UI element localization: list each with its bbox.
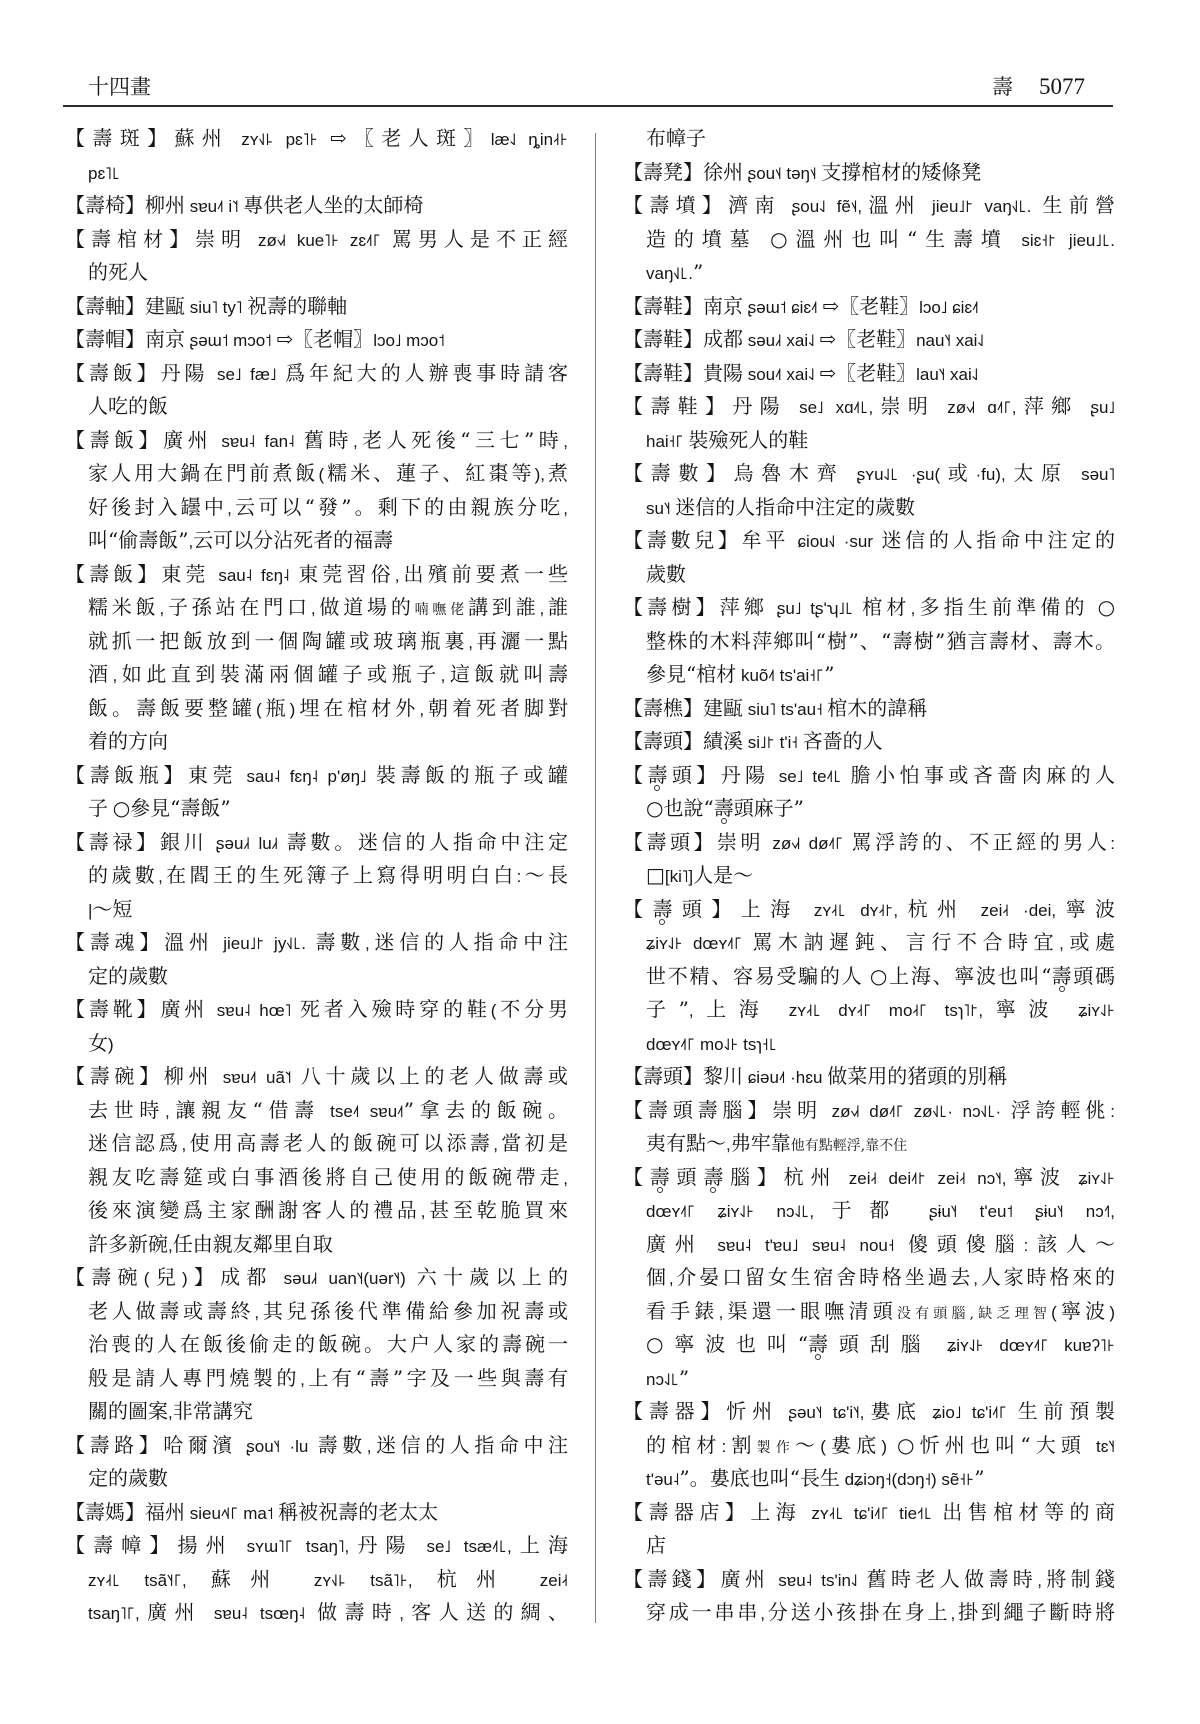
ipa-transcription: ʂu˩ tʂ'ʮ˩꜖ xyxy=(768,599,862,618)
cjk-text: 舊時老人做壽時 xyxy=(867,1567,1038,1591)
entry-line: 【壽碗(兒)】成都 səu˩˧ uan˥˧(uər˥˧) 六十歲以上的 xyxy=(65,1261,568,1295)
cjk-text: 爲年紀大的人辦喪事時請客 xyxy=(285,361,568,385)
cjk-text: 不分男 xyxy=(496,997,568,1021)
cjk-text: 【壽器店】上海 xyxy=(623,1500,801,1524)
ipa-transcription: ʑiʏ˨˩꜔ xyxy=(1067,1169,1115,1188)
entry-line: 【壽椅】柳州 sɐu˨˦ i˥˦ 專供老人坐的太師椅 xyxy=(65,189,568,223)
entry-line: 就抓一把飯放到一個陶罐或玻璃瓶裏,再灑一點 xyxy=(65,625,568,659)
entry-line: 【壽飯】丹陽 se˩ fæ˩ 爲年紀大的人辦喪事時請客 xyxy=(65,357,568,391)
entry-line: 穿成一串串,分送小孩掛在身上,掛到繩子斷時將 xyxy=(623,1596,1115,1630)
cjk-text: 布幛子 xyxy=(646,126,706,150)
entry-line: hai˧꜒ 裝殮死人的鞋 xyxy=(623,424,1115,458)
cjk-text: ⇨〖老人斑〗 xyxy=(330,126,491,150)
entry-line: t'əu˨”。婁底也叫“長生 dʑiɔŋ˧(dɔŋ˧) sẽ˧꜔” xyxy=(623,1462,1115,1496)
ipa-transcription: lɔo˩ ɕiɛ˨˦ xyxy=(919,298,979,317)
entry-line: 迷信認爲,使用高壽老人的飯碗可以添壽,當初是 xyxy=(65,1127,568,1161)
cjk-text: 瓶 xyxy=(262,696,290,720)
entry-line: 【壽頭】上海 zʏ˨˧꜖ dʏ˨˧꜓,杭州 zei˨˧ ·dei,寧波 xyxy=(623,893,1115,927)
cjk-text: 再灑一點 xyxy=(473,629,568,653)
entry-line: 的死人 xyxy=(65,256,568,290)
cjk-text: ”拿去的飯碗。 xyxy=(404,1098,568,1122)
entry-line: 定的歲數 xyxy=(65,1462,568,1496)
cjk-text: 裝殮死人的鞋 xyxy=(688,428,808,452)
ipa-transcription: jieu˩꜓ jy˧˩꜖. xyxy=(214,934,316,953)
ipa-transcription: ʑiʏ˨˩꜔ dœʏ˨˦꜒ kuɐʔ˥꜔ xyxy=(931,1336,1115,1355)
entry-line: 【壽禄】銀川 ʂəu˩˧ lu˩˧ 壽數。迷信的人指命中注定 xyxy=(65,826,568,860)
cjk-text: 治喪的人在飯後偷走的飯碗。大户人家的壽碗一 xyxy=(88,1332,568,1356)
cjk-text: 上海 xyxy=(512,1533,568,1557)
cjk-text: 讓親友“借壽 xyxy=(170,1098,320,1122)
cjk-text: 就抓一把飯放到一個陶罐或玻璃瓶裏 xyxy=(88,629,468,653)
entry-line: 【壽器】忻州 ʂəu˥˧ tɕ'i˥˧,婁底 ʑio˩ tɕ'i˨˦꜒ 生前預製 xyxy=(623,1395,1115,1429)
cjk-text: 廣州 xyxy=(140,1600,202,1624)
ipa-transcription: lau˥˧ xai˨˩ xyxy=(916,365,978,384)
cjk-text: 【壽頭壽腦】崇明 xyxy=(623,1098,822,1122)
cjk-text: 做菜用的猪頭的別稱 xyxy=(827,1064,1007,1088)
cjk-text: 子 xyxy=(88,796,108,820)
entry-line: 【壽凳】徐州 ʂou˦˨ təŋ˦˨ 支撐棺材的矮條凳 xyxy=(623,156,1115,190)
entry-line: 女) xyxy=(65,1027,568,1061)
cjk-text: 頭】丹陽 xyxy=(667,763,769,787)
cjk-text: 飯。壽飯要整罐 xyxy=(88,696,256,720)
cjk-text: 裝壽飯的瓶子或罐 xyxy=(376,763,568,787)
cjk-text: 于都 xyxy=(814,1198,907,1222)
cjk-text: 罵浮誇的、不正經的男人 xyxy=(852,830,1111,854)
cjk-text: 【壽凳】徐州 xyxy=(623,160,743,184)
ipa-transcription: ʂou˨˩ fẽ˦˨, xyxy=(781,197,862,216)
cjk-text: 膽小怕事或吝嗇肉麻的人 xyxy=(851,763,1115,787)
cjk-text: ” xyxy=(679,1366,689,1390)
cjk-text: 當初是 xyxy=(498,1131,568,1155)
cjk-text: 舊時 xyxy=(304,428,353,452)
ipa-transcription: si˩꜓ t'i˧ xyxy=(743,733,803,752)
ipa-transcription: siu˥ ts'au˧ xyxy=(743,700,827,719)
cjk-text: 浮誇輕佻 xyxy=(1011,1098,1111,1122)
cjk-text: ” xyxy=(693,260,703,284)
ipa-transcription: ), xyxy=(535,465,545,484)
ipa-transcription: dœʏ˨˦꜒ ʑiʏ˨˩꜔ nɔ˨˩꜖, xyxy=(646,1202,814,1221)
right-column: 布幛子【壽凳】徐州 ʂou˦˨ təŋ˦˨ 支撐棺材的矮條凳【壽墳】濟南 ʂou… xyxy=(623,122,1115,1630)
entry-line: 【壽頭】丹陽 se˩ te˨˦꜖ 膽小怕事或吝嗇肉麻的人 xyxy=(623,759,1115,793)
entry-line: 【壽頭壽腦】崇明 zø˧˩˧ dø˨˦꜒ zø˧˩꜖· nɔ˧˩꜖· 浮誇輕佻: xyxy=(623,1094,1115,1128)
entry-line: 【壽頭】績溪 si˩꜓ t'i˧ 吝嗇的人 xyxy=(623,725,1115,759)
ipa-transcription: ʂu˩ xyxy=(1079,398,1116,417)
ipa-transcription: sɐu˨ fan˨ xyxy=(212,432,304,451)
entry-line: 個,介晏口留女生宿舍時格坐過去,人家時格來的 xyxy=(623,1261,1115,1295)
ipa-transcription: tsaŋ˥꜒, xyxy=(88,1604,140,1623)
ring-marked-char: 壽 xyxy=(650,1167,670,1187)
ipa-transcription: ʑiʏ˨˩꜔ xyxy=(1061,1001,1115,1020)
cjk-text: 個 xyxy=(646,1265,669,1289)
ipa-transcription xyxy=(1089,599,1098,618)
ipa-transcription: səu˩˧ xai˨˩ xyxy=(743,331,819,350)
ipa-transcription: zø˧˩˧ ɑ˨˦꜒, xyxy=(935,398,1016,417)
ipa-transcription: zei˨˧ dei˨˦꜓ zei˨˧ nɔ˥˧, xyxy=(837,1169,1006,1188)
ipa-transcription: se˩ te˨˦꜖ xyxy=(770,767,851,786)
ipa-transcription: jieu˩꜓ vaŋ˧˩꜖. xyxy=(921,197,1042,216)
entry-line: 店 xyxy=(623,1529,1115,1563)
cjk-text: 迷信認爲 xyxy=(88,1131,181,1155)
entry-line: 造的墳墓 ○溫州也叫“生壽墳 siɛ˧꜓ jieu˩꜖. xyxy=(623,223,1115,257)
cjk-text: 家人用大鍋在門前煮飯 xyxy=(88,461,318,485)
ipa-transcription: siɛ˧꜓ jieu˩꜖. xyxy=(1009,231,1115,250)
cjk-text: 兒 xyxy=(149,1265,182,1289)
cjk-text: 【壽媽】福州 xyxy=(65,1500,185,1524)
cjk-text: 誰 xyxy=(544,595,568,619)
ipa-transcription: t'əu˨ xyxy=(646,1470,679,1489)
entry-line: 【壽數兒】牟平 ɕiou˧˩ ·sur 迷信的人指命中注定的 xyxy=(623,524,1115,558)
cjk-text: 【壽軸】建甌 xyxy=(65,294,185,318)
cjk-text: 棺材 xyxy=(862,595,910,619)
cjk-text: 生前預製 xyxy=(1018,1399,1115,1423)
cjk-text: ⇨〖老鞋〗 xyxy=(819,361,916,385)
cjk-text: 罵男人是不正經 xyxy=(392,227,568,251)
entry-line: 般是請人專門燒製的,上有“壽”字及一些與壽有 xyxy=(65,1362,568,1396)
entry-line: 布幛子 xyxy=(623,122,1115,156)
cjk-text: 【 xyxy=(623,763,647,787)
ipa-transcription: dœʏ˨˦꜒ mo˨˩꜔ tsɿ˧꜖ xyxy=(646,1035,777,1054)
cjk-text: 【壽斑】蘇州 xyxy=(65,126,229,150)
ipa-transcription: sɐu˨˦ uã˥˦ xyxy=(213,1068,301,1087)
cjk-text: 割 xyxy=(726,1433,756,1457)
entry-line: 定的歲數 xyxy=(65,960,568,994)
cjk-text: 太原 xyxy=(1006,461,1069,485)
cjk-text: 傻頭傻腦 xyxy=(908,1232,1024,1256)
cjk-text: 關的圖案 xyxy=(88,1399,168,1423)
ipa-transcription: zei˨˧ ·dei, xyxy=(966,901,1056,920)
cjk-text: 的棺材 xyxy=(646,1433,722,1457)
entry-line: 【壽頭】崇明 zø˧˩˧ dø˨˦꜒ 罵浮誇的、不正經的男人: xyxy=(623,826,1115,860)
entry-line: □[ki˥]人是～ xyxy=(623,859,1115,893)
cjk-text: ⇨〖老帽〗 xyxy=(276,327,373,351)
cjk-text: 【 xyxy=(623,897,652,921)
cjk-text: 使用高壽老人的飯碗可以添壽 xyxy=(186,1131,493,1155)
cjk-text: 子孫站在門口 xyxy=(164,595,311,619)
cjk-text: ” xyxy=(824,662,834,686)
cjk-text: 人吃的飯 xyxy=(88,394,168,418)
cjk-text: 世不精、容易受騙的人 xyxy=(646,964,863,988)
cjk-text: 】成都 xyxy=(188,1265,273,1289)
ipa-transcription: ʂou˦˨ təŋ˦˨ xyxy=(743,164,821,183)
cjk-text: 迷信的人指命中注 xyxy=(372,1433,569,1457)
cjk-text: 造的墳墓 xyxy=(646,227,758,251)
page-number: 5077 xyxy=(1039,74,1085,99)
entry-line: 糯米飯,子孫站在門口,做道場的喃嘸佬講到誰,誰 xyxy=(65,591,568,625)
cjk-text: 丹陽 xyxy=(349,1533,413,1557)
cjk-text: 渠還一眼嘸清頭 xyxy=(723,1299,897,1323)
entry-line: ʑiʏ˨˩꜔ dœʏ˨˦꜒ 罵木訥遲鈍、言行不合時宜,或處 xyxy=(623,926,1115,960)
entry-line: 【壽器店】上海 zʏ˨˧꜖ tɕ'i˨˦꜒ tie˧˦꜖ 出售棺材等的商 xyxy=(623,1496,1115,1530)
cjk-text: 寧波 xyxy=(1006,1165,1066,1189)
cjk-text: 【壽幛】揚州 xyxy=(65,1533,234,1557)
cjk-text: 糯米、蓮子、紅棗等 xyxy=(324,461,534,485)
ring-marked-char: 壽 xyxy=(647,765,667,785)
ring-marked-char: 壽 xyxy=(1052,966,1072,986)
ipa-transcription: ʂɨu˥˧ t'eu˦ ʂɨu˥˧ nɔ˧˥, xyxy=(907,1202,1115,1221)
ipa-transcription: : xyxy=(1110,1102,1115,1121)
cjk-text: 【壽鞋】丹陽 xyxy=(623,394,787,418)
entry-line: 【壽鞋】南京 ʂəɯ˦ ɕiɛ˨˦ ⇨〖老鞋〗lɔo˩ ɕiɛ˨˦ xyxy=(623,290,1115,324)
entry-line: 親友吃壽筵或白事酒後將自己使用的飯碗帶走, xyxy=(65,1161,568,1195)
entry-line: vaŋ˧˩꜖.” xyxy=(623,256,1115,290)
cjk-text: 或 xyxy=(940,461,975,485)
cjk-text: 該人～ xyxy=(1028,1232,1115,1256)
cjk-text: 【壽棺材】崇明 xyxy=(65,227,247,251)
ipa-transcription: [ki˥] xyxy=(665,867,693,886)
ipa-transcription: ʂəu˥˧ tɕ'i˥˧, xyxy=(778,1403,864,1422)
entry-line: 【壽數】烏魯木齊 ʂʏu˨˩꜖ ·ʂu(或·fu),太原 səu˥ xyxy=(623,457,1115,491)
ipa-transcription: sɐu˨˦ i˥˦ xyxy=(185,197,243,216)
cjk-text: 【壽墳】濟南 xyxy=(623,193,781,217)
cjk-text: 【壽數】烏魯木齊 xyxy=(623,461,844,485)
entry-line: 歲數 xyxy=(623,558,1115,592)
cjk-text: 酒 xyxy=(88,662,113,686)
cjk-text: 如此直到裝滿兩個罐子或瓶子 xyxy=(117,662,440,686)
entry-line: 世不精、容易受騙的人 ○上海、寧波也叫“壽頭碼 xyxy=(623,960,1115,994)
cjk-text: 頭 xyxy=(670,1165,704,1189)
cjk-text: ○參見“壽飯” xyxy=(113,796,231,820)
entry-line: 【壽頭壽腦】杭州 zei˨˧ dei˨˦꜓ zei˨˧ nɔ˥˧,寧波 ʑiʏ˨… xyxy=(623,1161,1115,1195)
cjk-text: 子” xyxy=(646,997,689,1021)
entry-line: 【壽鞋】丹陽 se˩ xɑ˨˦꜖,崇明 zø˧˩˧ ɑ˨˦꜒,萍鄉 ʂu˩ xyxy=(623,390,1115,424)
cjk-text: ”。婁底也叫“長生 xyxy=(679,1466,839,1490)
cjk-text: 【壽飯瓶】東莞 xyxy=(65,763,237,787)
ipa-transcription: ʂəɯ˦ ɕiɛ˨˦ xyxy=(743,298,822,317)
ipa-transcription: hai˧꜒ xyxy=(646,432,688,451)
cjk-text: 腦】杭州 xyxy=(723,1165,837,1189)
cjk-text: 客人送的綢、 xyxy=(404,1600,568,1624)
cjk-text: 【壽飯】廣州 xyxy=(65,428,212,452)
cjk-text: 蘇州 xyxy=(211,1567,290,1591)
ipa-transcription: ɕiəu˨˦ ·hɛu xyxy=(743,1068,827,1087)
cjk-text: 東莞習俗 xyxy=(298,562,394,586)
entry-line: 子”,上海 zʏ˨˧꜖ dʏ˨˧꜒ mo˨˧꜒ tsɿ˥꜓,寧波 ʑiʏ˨˩꜔ xyxy=(623,993,1115,1027)
cjk-text: 迷信的人指命中注 xyxy=(370,930,568,954)
cjk-text: 壽數 xyxy=(315,930,365,954)
ipa-transcription: zei˨˧ xyxy=(516,1571,568,1590)
cjk-text: 糯米飯 xyxy=(88,595,159,619)
column-divider xyxy=(595,133,596,1623)
left-column: 【壽斑】蘇州 zʏ˧˩꜕ pɛ˥꜔ ⇨〖老人斑〗læ˨˩ ȵin˨˧꜔pɛ˥꜖【… xyxy=(65,122,568,1630)
cjk-text: 寧波 xyxy=(1057,1299,1110,1323)
cjk-text: 寧波 xyxy=(1056,897,1115,921)
entry-line: 廣州 sɐu˨ t'ɐu˩ sɐu˨ nou˧ 傻頭傻腦:該人～ xyxy=(623,1228,1115,1262)
ipa-transcription: tse˨˦ sɐu˨˦ xyxy=(320,1102,404,1121)
cjk-text: 婁底 xyxy=(826,1433,882,1457)
ipa-transcription: ʑio˩ tɕ'i˨˦꜒ xyxy=(922,1403,1018,1422)
ipa-transcription: zʏ˧˩꜕ pɛ˥꜔ xyxy=(229,130,330,149)
small-gloss: 製作 xyxy=(757,1440,795,1456)
ipa-transcription: siu˥ ty˥ xyxy=(185,298,247,317)
ipa-transcription: zʏ˧˩꜕ tsã˥꜔, xyxy=(290,1571,437,1590)
entry-line: dœʏ˨˦꜒ ʑiʏ˨˩꜔ nɔ˨˩꜖,于都 ʂɨu˥˧ t'eu˦ ʂɨu˥˧… xyxy=(623,1194,1115,1228)
cjk-text: 這飯就叫壽 xyxy=(445,662,568,686)
cjk-text: 弗牢靠 xyxy=(731,1131,791,1155)
entry-line: 的棺材:割製作～(婁底) ○忻州也叫“大頭 tɛ˥˧ xyxy=(623,1429,1115,1463)
cjk-text: 【壽禄】銀川 xyxy=(65,830,208,854)
entry-line: 參見“棺材 kuõ˨˦ ts'ai˧꜒” xyxy=(623,658,1115,692)
cjk-text: 甚至乾脆買來 xyxy=(425,1198,568,1222)
cjk-text: 云可以分沾死者的福壽 xyxy=(193,528,393,552)
ipa-transcription: læ˨˩ ȵin˨˧꜔ xyxy=(491,130,568,149)
cjk-text: 罵木訥遲鈍、言行不合時宜 xyxy=(752,930,1059,954)
ipa-transcription: , xyxy=(563,499,568,518)
cjk-text: 看手錶 xyxy=(646,1299,719,1323)
small-gloss: 没有頭腦,缺乏理智 xyxy=(897,1306,1051,1322)
cjk-text: ○溫州也叫“生壽墳 xyxy=(770,227,1009,251)
entry-line: pɛ˥꜖ xyxy=(65,156,568,190)
ipa-transcription: sou˨˦ xai˨˩ xyxy=(743,365,819,384)
ipa-transcription: səu˥ xyxy=(1069,465,1115,484)
cjk-text: 老人死後“三七”時 xyxy=(358,428,564,452)
cjk-text: 【壽路】哈爾濱 xyxy=(65,1433,237,1457)
cjk-text: 杭州 xyxy=(437,1567,516,1591)
entry-line: 飯。壽飯要整罐(瓶)埋在棺材外,朝着死者脚對 xyxy=(65,692,568,726)
ipa-transcription: səu˩˧ uan˥˧(uər˥˧) xyxy=(273,1269,417,1288)
cjk-text: 的死人 xyxy=(88,260,148,284)
entry-line: 【壽飯】東莞 sau˨ fɛŋ˨ 東莞習俗,出殯前要煮一些 xyxy=(65,558,568,592)
ipa-transcription: ʑiʏ˨˩꜔ dœʏ˨˦꜒ xyxy=(646,934,752,953)
cjk-text: 寧波 xyxy=(983,997,1061,1021)
small-gloss: 他有點輕浮,靠不住 xyxy=(791,1138,907,1154)
cjk-text: 上有“壽”字及一些與壽有 xyxy=(305,1366,568,1390)
entry-line: 老人做壽或壽終,其兒孫後代準備給參加祝壽或 xyxy=(65,1295,568,1329)
cjk-text: 定的歲數 xyxy=(88,964,168,988)
ring-marked-char: 壽 xyxy=(652,899,672,919)
cjk-text: ○ xyxy=(1098,595,1115,619)
cjk-text: 將制錢 xyxy=(1042,1567,1115,1591)
ipa-transcription: zʏ˨˧꜖ dʏ˨˧꜒ mo˨˧꜒ tsɿ˥꜓, xyxy=(771,1001,983,1020)
ipa-transcription: sɐu˨ hœ˥ xyxy=(208,1001,300,1020)
cjk-text: 人家時格來的 xyxy=(978,1265,1115,1289)
entry-line: 【壽路】哈爾濱 ʂou˥˧ ·lu 壽數,迷信的人指命中注 xyxy=(65,1429,568,1463)
cjk-text: 的歲數 xyxy=(88,863,158,887)
cjk-text: 後來演變爲主家酬謝客人的禮品 xyxy=(88,1198,421,1222)
entry-line: 人吃的飯 xyxy=(65,390,568,424)
entry-line: 【壽飯瓶】東莞 sau˨ fɛŋ˨ p'øŋ˩ 裝壽飯的瓶子或罐 xyxy=(65,759,568,793)
entry-line: 治喪的人在飯後偷走的飯碗。大户人家的壽碗一 xyxy=(65,1328,568,1362)
cjk-text: 夷有點～ xyxy=(646,1131,726,1155)
header-rule xyxy=(63,105,1113,107)
entry-line: zʏ˨˧꜖ tsã˥˧꜒, 蘇州 zʏ˧˩꜕ tsã˥꜔, 杭州 zei˨˧ xyxy=(65,1563,568,1597)
entry-line: 【壽帽】南京 ʂəɯ˦ mɔo˦ ⇨〖老帽〗lɔo˩ mɔo˦ xyxy=(65,323,568,357)
cjk-text: 或處 xyxy=(1064,930,1115,954)
cjk-text: 掛到繩子斷時將 xyxy=(955,1600,1115,1624)
cjk-text: 【壽飯】丹陽 xyxy=(65,361,208,385)
cjk-text: 迷信的人指命中注定的 xyxy=(881,528,1115,552)
ipa-transcription: pɛ˥꜖ xyxy=(88,164,120,183)
cjk-text: 多指生前準備的 xyxy=(915,595,1088,619)
cjk-text: 廣州 xyxy=(646,1232,704,1256)
entry-line: 酒,如此直到裝滿兩個罐子或瓶子,這飯就叫壽 xyxy=(65,658,568,692)
entry-line: 【壽錢】廣州 sɐu˨ ts'in˨˩ 舊時老人做壽時,將制錢 xyxy=(623,1563,1115,1597)
entry-line: 【壽魂】溫州 jieu˩꜓ jy˧˩꜖. 壽數,迷信的人指命中注 xyxy=(65,926,568,960)
cjk-text: 親友吃壽筵或白事酒後將自己使用的飯碗帶走 xyxy=(88,1165,563,1189)
ipa-transcription: dʑiɔŋ˧(dɔŋ˧) sẽ˧꜔ xyxy=(840,1470,974,1489)
cjk-text: ” xyxy=(974,1466,984,1490)
ipa-transcription: ) xyxy=(1109,1303,1115,1322)
cjk-text: 【壽頭】崇明 xyxy=(623,830,764,854)
ipa-transcription: ) xyxy=(881,1437,897,1456)
cjk-text: 祝壽的聯軸 xyxy=(247,294,347,318)
entry-line: 【壽頭】黎川 ɕiəu˨˦ ·hɛu 做菜用的猪頭的別稱 xyxy=(623,1060,1115,1094)
cjk-text: 參見“棺材 xyxy=(646,662,736,686)
cjk-text: 店 xyxy=(646,1533,666,1557)
ipa-transcription: ) xyxy=(108,1035,114,1054)
cjk-text: 溫州 xyxy=(862,193,921,217)
ipa-transcription: se˩ xɑ˨˦꜖, xyxy=(787,398,873,417)
entry-line: 後來演變爲主家酬謝客人的禮品,甚至乾脆買來 xyxy=(65,1194,568,1228)
cjk-text: 崇明 xyxy=(873,394,935,418)
cjk-text: 【壽器】忻州 xyxy=(623,1399,778,1423)
cjk-text: ○忻州也叫“大頭 xyxy=(897,1433,1086,1457)
entry-line: dœʏ˨˦꜒ mo˨˩꜔ tsɿ˧꜖ xyxy=(623,1027,1115,1061)
cjk-text: 頭碼 xyxy=(1072,964,1115,988)
cjk-text: 【壽靴】廣州 xyxy=(65,997,208,1021)
ipa-transcription: tɛ˥˧ xyxy=(1086,1437,1115,1456)
entry-line: 關的圖案,非常講究 xyxy=(65,1395,568,1429)
cjk-text: 頭麻子” xyxy=(734,796,804,820)
ipa-transcription: lɔo˩ mɔo˦ xyxy=(373,331,445,350)
entry-line: nɔ˨˩꜖” xyxy=(623,1362,1115,1396)
ring-marked-char: 壽 xyxy=(714,798,734,818)
cjk-text: 專供老人坐的太師椅 xyxy=(243,193,423,217)
ipa-transcription: ·fu), xyxy=(975,465,1005,484)
cjk-text: 朝着死者脚對 xyxy=(424,696,568,720)
cjk-text: 定的歲數 xyxy=(88,1466,168,1490)
entry-line: 【壽樹】萍鄉 ʂu˩ tʂ'ʮ˩꜖ 棺材,多指生前準備的 ○ xyxy=(623,591,1115,625)
cjk-text: 許多新碗 xyxy=(88,1232,168,1256)
entry-line: ○寧波也叫“壽頭刮腦 ʑiʏ˨˩꜔ dœʏ˨˦꜒ kuɐʔ˥꜔ xyxy=(623,1328,1115,1362)
entry-line: 【壽鞋】成都 səu˩˧ xai˨˩ ⇨〖老鞋〗nau˥˧ xai˨˩ xyxy=(623,323,1115,357)
ipa-transcription: kuõ˨˦ ts'ai˧꜒ xyxy=(736,666,824,685)
cjk-text: 穿成一串串 xyxy=(646,1600,760,1624)
cjk-text: 支撐棺材的矮條凳 xyxy=(821,160,981,184)
cjk-text: 叫“偷壽飯” xyxy=(88,528,188,552)
entry-line: 【壽媽】福州 sieu˨˦˨꜒ ma˦ 稱被祝壽的老太太 xyxy=(65,1496,568,1530)
ipa-transcription: , xyxy=(563,432,568,451)
ipa-transcription: sieu˨˦˨꜒ ma˦ xyxy=(185,1504,278,1523)
cjk-text: 埋在棺材外 xyxy=(295,696,419,720)
cjk-text: 着的方向 xyxy=(88,729,168,753)
ipa-transcription: zʏ˨˧꜖ dʏ˨˧꜓, xyxy=(800,901,898,920)
ipa-transcription: ʂəu˩˧ lu˩˧ xyxy=(208,834,287,853)
cjk-text: 歲數 xyxy=(646,562,686,586)
entry-line: |～短 xyxy=(65,893,568,927)
entry-line: 子 ○參見“壽飯” xyxy=(65,792,568,826)
ring-marked-char: 壽 xyxy=(703,1167,723,1187)
cjk-text: 頭】上海 xyxy=(672,897,799,921)
ipa-transcription: sɐu˨ t'ɐu˩ sɐu˨ nou˧ xyxy=(704,1236,908,1255)
running-header-right: 壽5077 xyxy=(992,76,1085,98)
cjk-text: 【壽鞋】南京 xyxy=(623,294,743,318)
cjk-text: 【壽碗】柳州 xyxy=(65,1064,213,1088)
ipa-transcription: ʂou˥˧ ·lu xyxy=(237,1437,318,1456)
cjk-text: 【壽帽】南京 xyxy=(65,327,185,351)
entry-line: 去世時,讓親友“借壽 tse˨˦ sɐu˨˦”拿去的飯碗。 xyxy=(65,1094,568,1128)
cjk-text: 上海 xyxy=(694,997,772,1021)
ipa-transcription: zʏ˨˧꜖ tsã˥˧꜒, xyxy=(88,1571,211,1590)
head-character: 壽 xyxy=(992,75,1013,99)
cjk-text: 在閻王的生死簿子上寫得明明白白 xyxy=(163,863,517,887)
cjk-text: 介晏口留女生宿舍時格坐過去 xyxy=(674,1265,974,1289)
cjk-text: 非常講究 xyxy=(173,1399,253,1423)
cjk-text: 棺木的諱稱 xyxy=(827,696,927,720)
ipa-transcription: sau˨ fɛŋ˨ xyxy=(210,566,299,585)
cjk-text: 【壽椅】柳州 xyxy=(65,193,185,217)
entry-line: 【壽樵】建甌 siu˥ ts'au˧ 棺木的諱稱 xyxy=(623,692,1115,726)
ipa-transcription: sɐu˨ ts'in˨˩ xyxy=(769,1571,866,1590)
